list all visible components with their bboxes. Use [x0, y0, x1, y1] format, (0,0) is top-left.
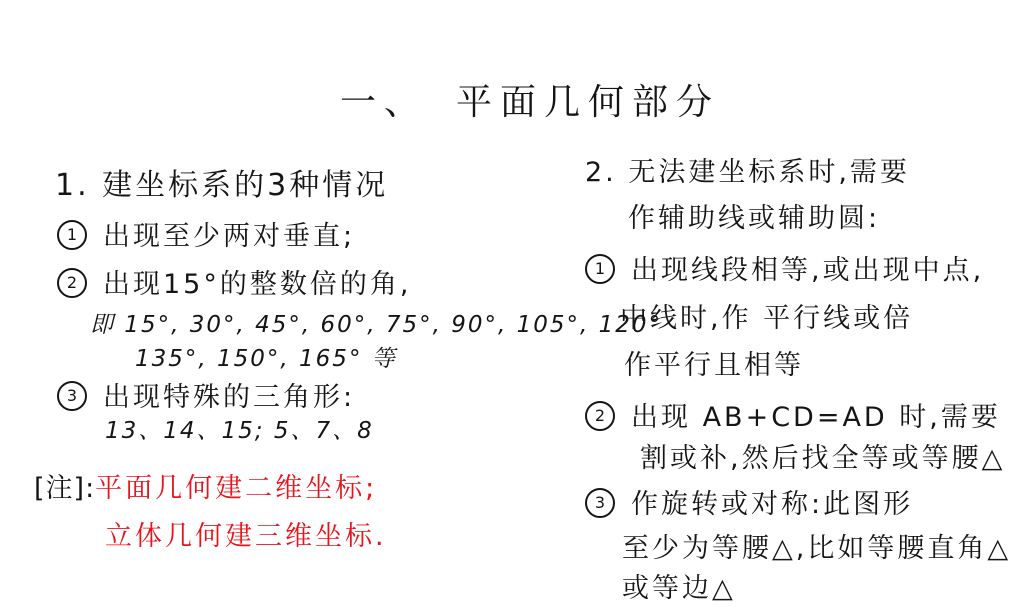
left-item-2-line-1: 出现15°的整数倍的角,: [103, 269, 411, 300]
circled-number-2: 2: [57, 268, 87, 298]
left-item-1: 1出现至少两对垂直;: [57, 214, 355, 253]
page-title: 一、平面几何部分: [340, 74, 720, 125]
left-item-1-line-1: 出现至少两对垂直;: [103, 221, 355, 252]
right-item-1-line-1: 出现线段相等,或出现中点,: [631, 255, 984, 286]
circled-number-3: 3: [585, 488, 615, 518]
circled-number-2: 2: [585, 401, 615, 431]
left-item-2-line-3: 135°, 150°, 165° 等: [135, 340, 397, 373]
left-item-3-line-1: 出现特殊的三角形:: [103, 382, 355, 413]
left-item-3: 3出现特殊的三角形:: [57, 375, 355, 414]
title-text: 平面几何部分: [456, 82, 720, 123]
right-section-heading-line-2: 作辅助线或辅助圆:: [628, 196, 880, 235]
right-item-3-line-3: 或等边△: [622, 566, 736, 605]
note-label: [注]:: [34, 473, 95, 504]
circled-number-1: 1: [57, 220, 87, 250]
note-text-1: 平面几何建二维坐标;: [95, 473, 377, 504]
right-item-3: 3作旋转或对称:此图形: [585, 482, 913, 521]
circled-number-3: 3: [57, 381, 87, 411]
right-item-2-line-1: 出现 AB+CD=AD 时,需要: [631, 402, 1001, 433]
right-item-2: 2出现 AB+CD=AD 时,需要: [585, 395, 1001, 434]
right-item-1-line-3: 作平行且相等: [624, 343, 804, 382]
note-text-2: 立体几何建三维坐标.: [105, 514, 387, 553]
right-item-3-line-1: 作旋转或对称:此图形: [631, 489, 913, 520]
right-item-2-line-2: 割或补,然后找全等或等腰△: [640, 436, 1005, 475]
right-section-heading-line-1: 2. 无法建坐标系时,需要: [585, 150, 910, 189]
circled-number-1: 1: [585, 254, 615, 284]
left-section-heading: 1. 建坐标系的3种情况: [55, 160, 388, 204]
title-prefix: 一、: [340, 74, 428, 125]
right-item-3-line-2: 至少为等腰△,比如等腰直角△: [622, 526, 1011, 565]
note-line-1: [注]:平面几何建二维坐标;: [34, 466, 377, 505]
left-item-2-line-2: 即 15°, 30°, 45°, 60°, 75°, 90°, 105°, 12…: [90, 306, 662, 339]
right-item-1: 1出现线段相等,或出现中点,: [585, 248, 984, 287]
left-item-3-line-2: 13、14、15; 5、7、8: [105, 412, 374, 445]
right-item-1-line-2: 中线时,作 平行线或倍: [620, 296, 913, 335]
left-item-2: 2出现15°的整数倍的角,: [57, 262, 411, 301]
handwritten-note-page: 一、平面几何部分 1. 建坐标系的3种情况 1出现至少两对垂直; 2出现15°的…: [0, 0, 1028, 607]
